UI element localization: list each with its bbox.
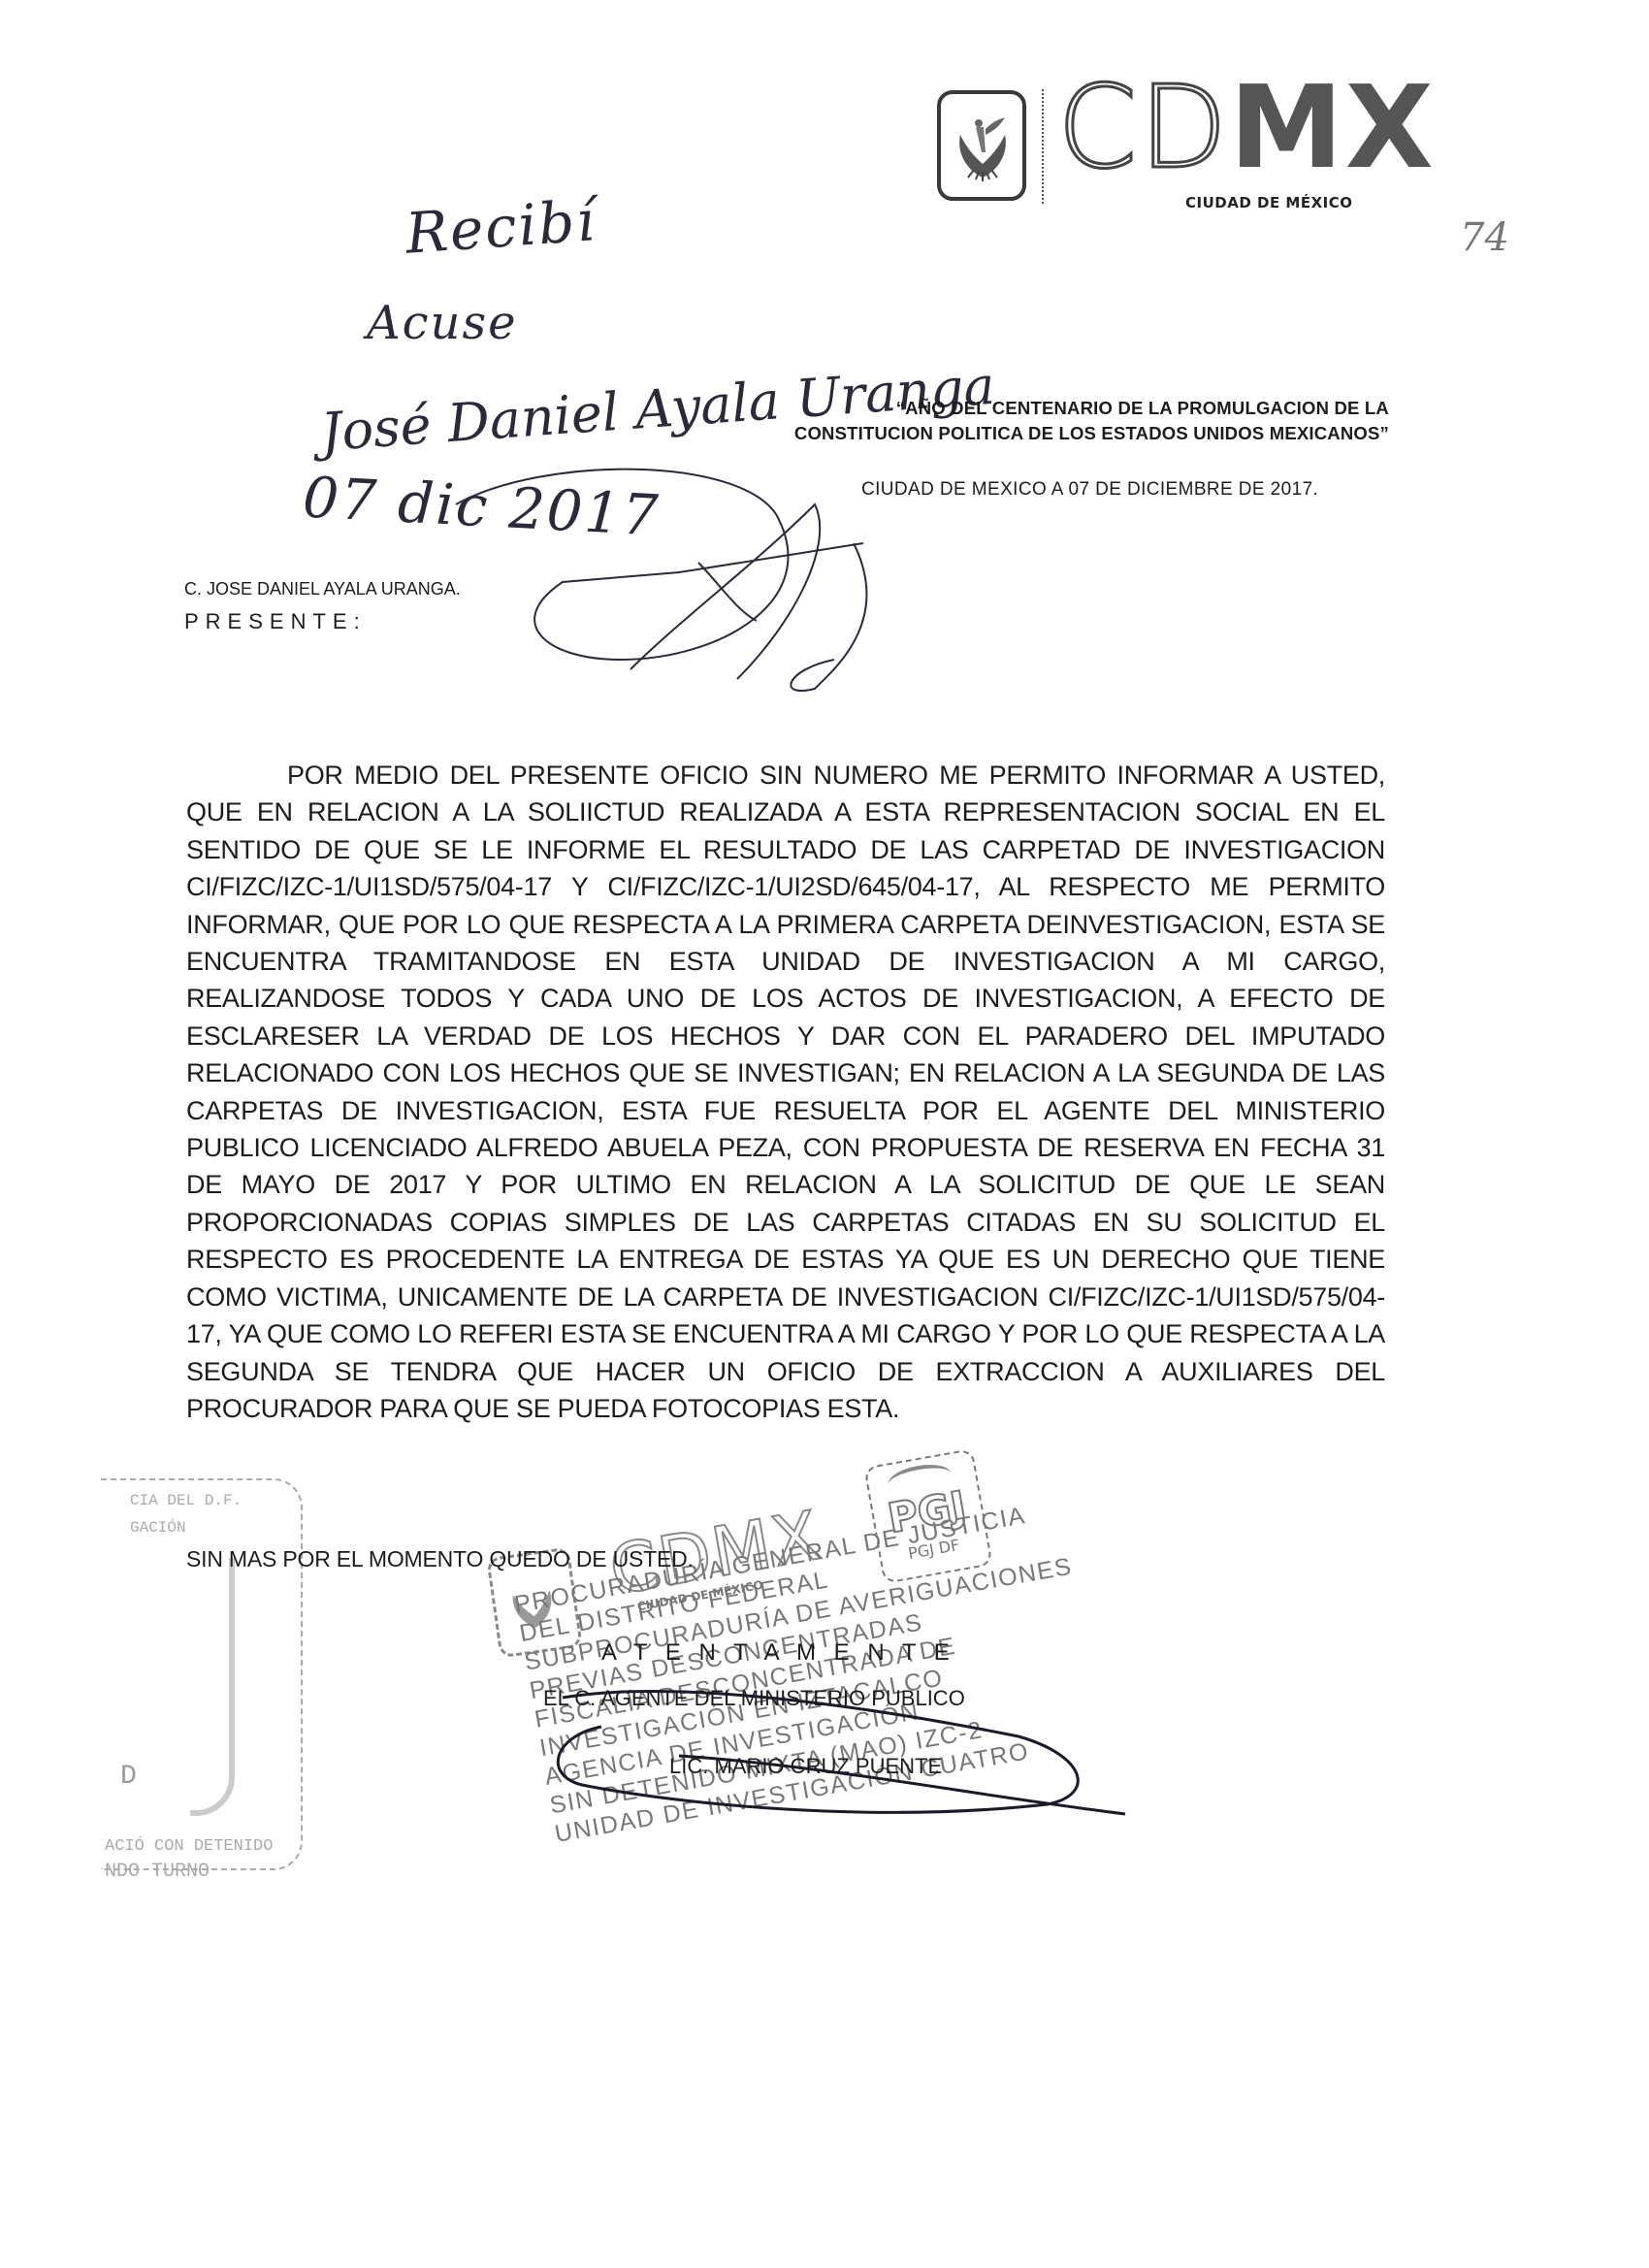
logo-subtitle: CIUDAD DE MÉXICO (1185, 194, 1353, 211)
stamp-left-line-3: ACIÓ CON DETENIDO (105, 1837, 273, 1856)
official-motto: “AÑO DEL CENTENARIO DE LA PROMULGACION D… (794, 396, 1389, 446)
cdmx-wordmark: CDMX (1057, 70, 1436, 184)
recipient-name: C. JOSE DANIEL AYALA URANGA. (184, 579, 461, 599)
handwritten-acuse: Acuse (367, 296, 518, 350)
document-date: CIUDAD DE MEXICO A 07 DE DICIEMBRE DE 20… (861, 479, 1318, 501)
signer-name: LIC. MARIO CRUZ PUENTE (669, 1754, 942, 1779)
cdmx-logo-emblem-box (937, 90, 1026, 201)
motto-line-1: “AÑO DEL CENTENARIO DE LA PROMULGACION D… (794, 396, 1389, 421)
handwritten-recibi: Recibí (404, 187, 598, 267)
signature-greeting: A T E N T A M E N T E (601, 1639, 955, 1667)
motto-line-2: CONSTITUCION POLITICA DE LOS ESTADOS UNI… (794, 421, 1389, 446)
body-paragraph: POR MEDIO DEL PRESENTE OFICIO SIN NUMERO… (186, 757, 1385, 1427)
stamp-left-letter: D (120, 1762, 137, 1792)
wordmark-thin: CD (1057, 60, 1229, 194)
handwritten-date: 07 dic 2017 (301, 464, 662, 548)
logo-divider (1042, 89, 1044, 204)
wordmark-bold: MX (1229, 60, 1435, 194)
stamp-left-line-2: GACIÓN (130, 1519, 186, 1537)
partial-left-stamp: CIA DEL D.F. GACIÓN D ACIÓ CON DETENIDO … (101, 1478, 303, 1870)
stamp-left-emblem (190, 1558, 235, 1816)
letter-body: POR MEDIO DEL PRESENTE OFICIO SIN NUMERO… (186, 757, 1385, 1427)
signer-title: EL C. AGENTE DEL MINISTERIO PUBLICO (543, 1686, 965, 1711)
cdmx-angel-emblem-icon (954, 113, 1011, 181)
stamp-left-line-1: CIA DEL D.F. (130, 1492, 242, 1509)
salutation: PRESENTE: (184, 609, 367, 634)
body-paragraph-text: POR MEDIO DEL PRESENTE OFICIO SIN NUMERO… (186, 761, 1385, 1423)
stamp-left-line-4: NDO TURNO (105, 1861, 210, 1883)
closing-line: SIN MAS POR EL MOMENTO QUEDO DE USTED. (186, 1546, 694, 1572)
handwritten-page-number: 74 (1460, 215, 1509, 260)
